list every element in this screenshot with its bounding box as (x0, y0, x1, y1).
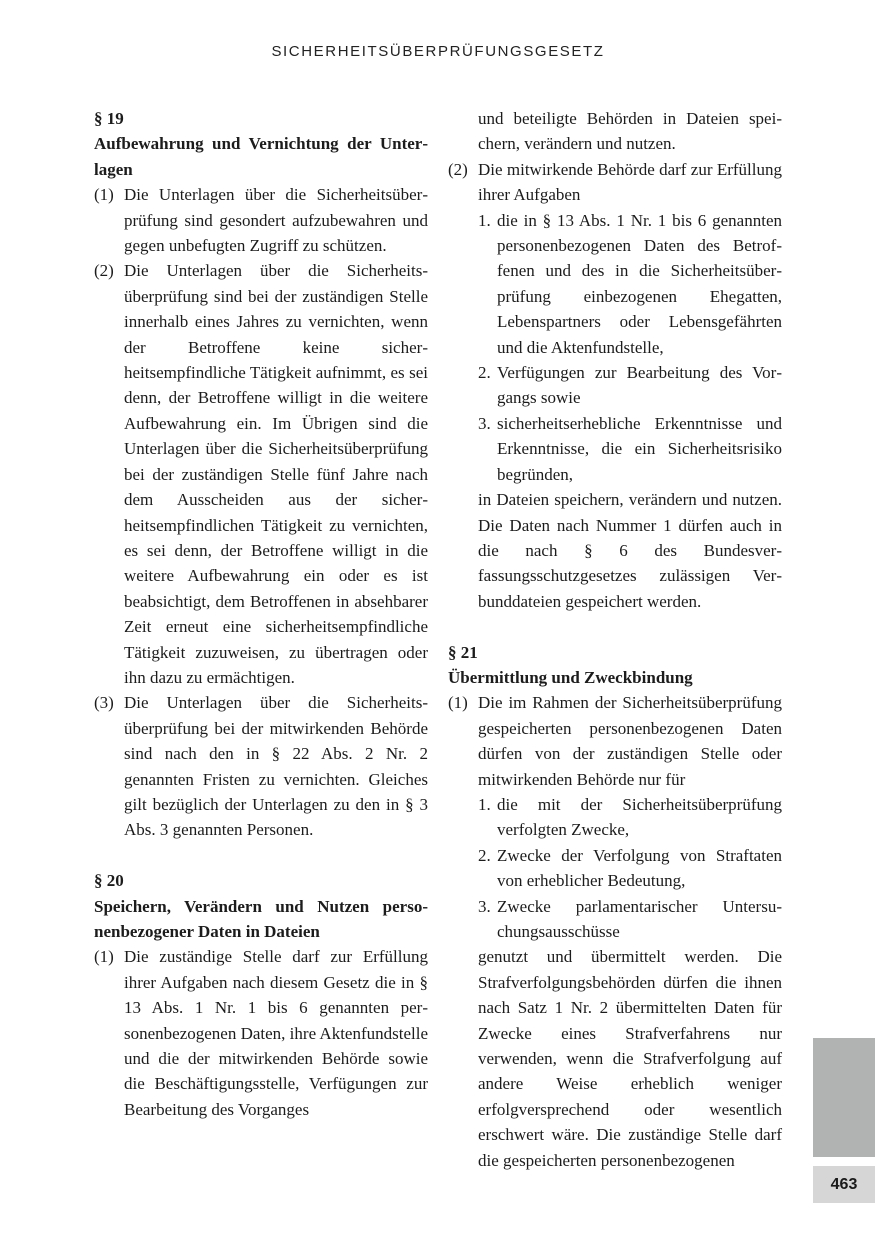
list-item-text: Zwecke parlamentarischer Untersu­chungsa… (497, 894, 782, 945)
book-page: { "page": { "running_header": "SICHERHEI… (0, 0, 875, 1241)
section-number: § 20 (94, 868, 428, 893)
numbered-paragraph: (3)Die Unterlagen über die Sicherheits­ü… (94, 690, 428, 842)
numbered-list-item: 2.Zwecke der Verfolgung von Straftaten v… (478, 843, 782, 894)
paragraph-marker: (2) (448, 157, 478, 208)
list-item-marker: 3. (478, 894, 497, 945)
section-number: § 19 (94, 106, 428, 131)
paragraph-marker: (2) (94, 258, 124, 690)
list-item-text: Zwecke der Verfolgung von Straftaten von… (497, 843, 782, 894)
running-header: SICHERHEITSÜBERPRÜFUNGSGESETZ (94, 43, 782, 60)
paragraph-text: Die Unterlagen über die Sicherheits­über… (124, 690, 428, 842)
paragraph-spacer (448, 614, 782, 639)
paragraph-text: Die Unterlagen über die Sicherheits­über… (124, 258, 428, 690)
right-column: und beteiligte Behörden in Dateien spei­… (448, 106, 782, 1173)
numbered-paragraph: (2)Die mitwirkende Behörde darf zur Erfü… (448, 157, 782, 208)
list-item-text: Verfügungen zur Bearbeitung des Vor­gang… (497, 360, 782, 411)
numbered-list-item: 3.Zwecke parlamentarischer Untersu­chung… (478, 894, 782, 945)
list-item-marker: 2. (478, 843, 497, 894)
list-item-text: sicherheitserhebliche Erkenntnisse und E… (497, 411, 782, 487)
numbered-paragraph: (2)Die Unterlagen über die Sicherheits­ü… (94, 258, 428, 690)
numbered-paragraph: (1)Die Unterlagen über die Sicherheitsüb… (94, 182, 428, 258)
numbered-list-item: 1.die mit der Sicherheitsüberprüfung ver… (478, 792, 782, 843)
page-number-box: 463 (813, 1166, 875, 1203)
continuation-paragraph: genutzt und übermittelt werden. Die Stra… (478, 944, 782, 1173)
list-item-marker: 3. (478, 411, 497, 487)
paragraph-marker: (1) (448, 690, 478, 792)
numbered-list-item: 2.Verfügungen zur Bearbeitung des Vor­ga… (478, 360, 782, 411)
list-item-marker: 2. (478, 360, 497, 411)
text-columns: § 19Aufbewahrung und Vernichtung der Unt… (94, 106, 782, 1173)
paragraph-marker: (3) (94, 690, 124, 842)
list-item-text: die mit der Sicherheitsüberprüfung verfo… (497, 792, 782, 843)
section-heading: Aufbewahrung und Vernichtung der Unter­l… (94, 131, 428, 182)
numbered-paragraph: (1)Die im Rahmen der Sicherheitsüberprü­… (448, 690, 782, 792)
paragraph-text: Die zuständige Stelle darf zur Erfüllung… (124, 944, 428, 1122)
list-item-text: die in § 13 Abs. 1 Nr. 1 bis 6 genannten… (497, 208, 782, 360)
paragraph-marker: (1) (94, 182, 124, 258)
page-number: 463 (831, 1176, 858, 1194)
thumb-index-tab (813, 1038, 875, 1157)
section-number: § 21 (448, 640, 782, 665)
continuation-paragraph: in Dateien speichern, verändern und nutz… (478, 487, 782, 614)
numbered-list-item: 1.die in § 13 Abs. 1 Nr. 1 bis 6 genannt… (478, 208, 782, 360)
continuation-paragraph: und beteiligte Behörden in Dateien spei­… (478, 106, 782, 157)
numbered-list-item: 3.sicherheitserhebliche Erkenntnisse und… (478, 411, 782, 487)
paragraph-text: Die im Rahmen der Sicherheitsüberprü­fun… (478, 690, 782, 792)
paragraph-spacer (94, 843, 428, 868)
left-column: § 19Aufbewahrung und Vernichtung der Unt… (94, 106, 428, 1173)
numbered-paragraph: (1)Die zuständige Stelle darf zur Erfüll… (94, 944, 428, 1122)
section-heading: Übermittlung und Zweckbindung (448, 665, 782, 690)
paragraph-marker: (1) (94, 944, 124, 1122)
list-item-marker: 1. (478, 792, 497, 843)
list-item-marker: 1. (478, 208, 497, 360)
paragraph-text: Die mitwirkende Behörde darf zur Erfül­l… (478, 157, 782, 208)
section-heading: Speichern, Verändern und Nutzen perso­ne… (94, 894, 428, 945)
paragraph-text: Die Unterlagen über die Sicherheitsüber­… (124, 182, 428, 258)
